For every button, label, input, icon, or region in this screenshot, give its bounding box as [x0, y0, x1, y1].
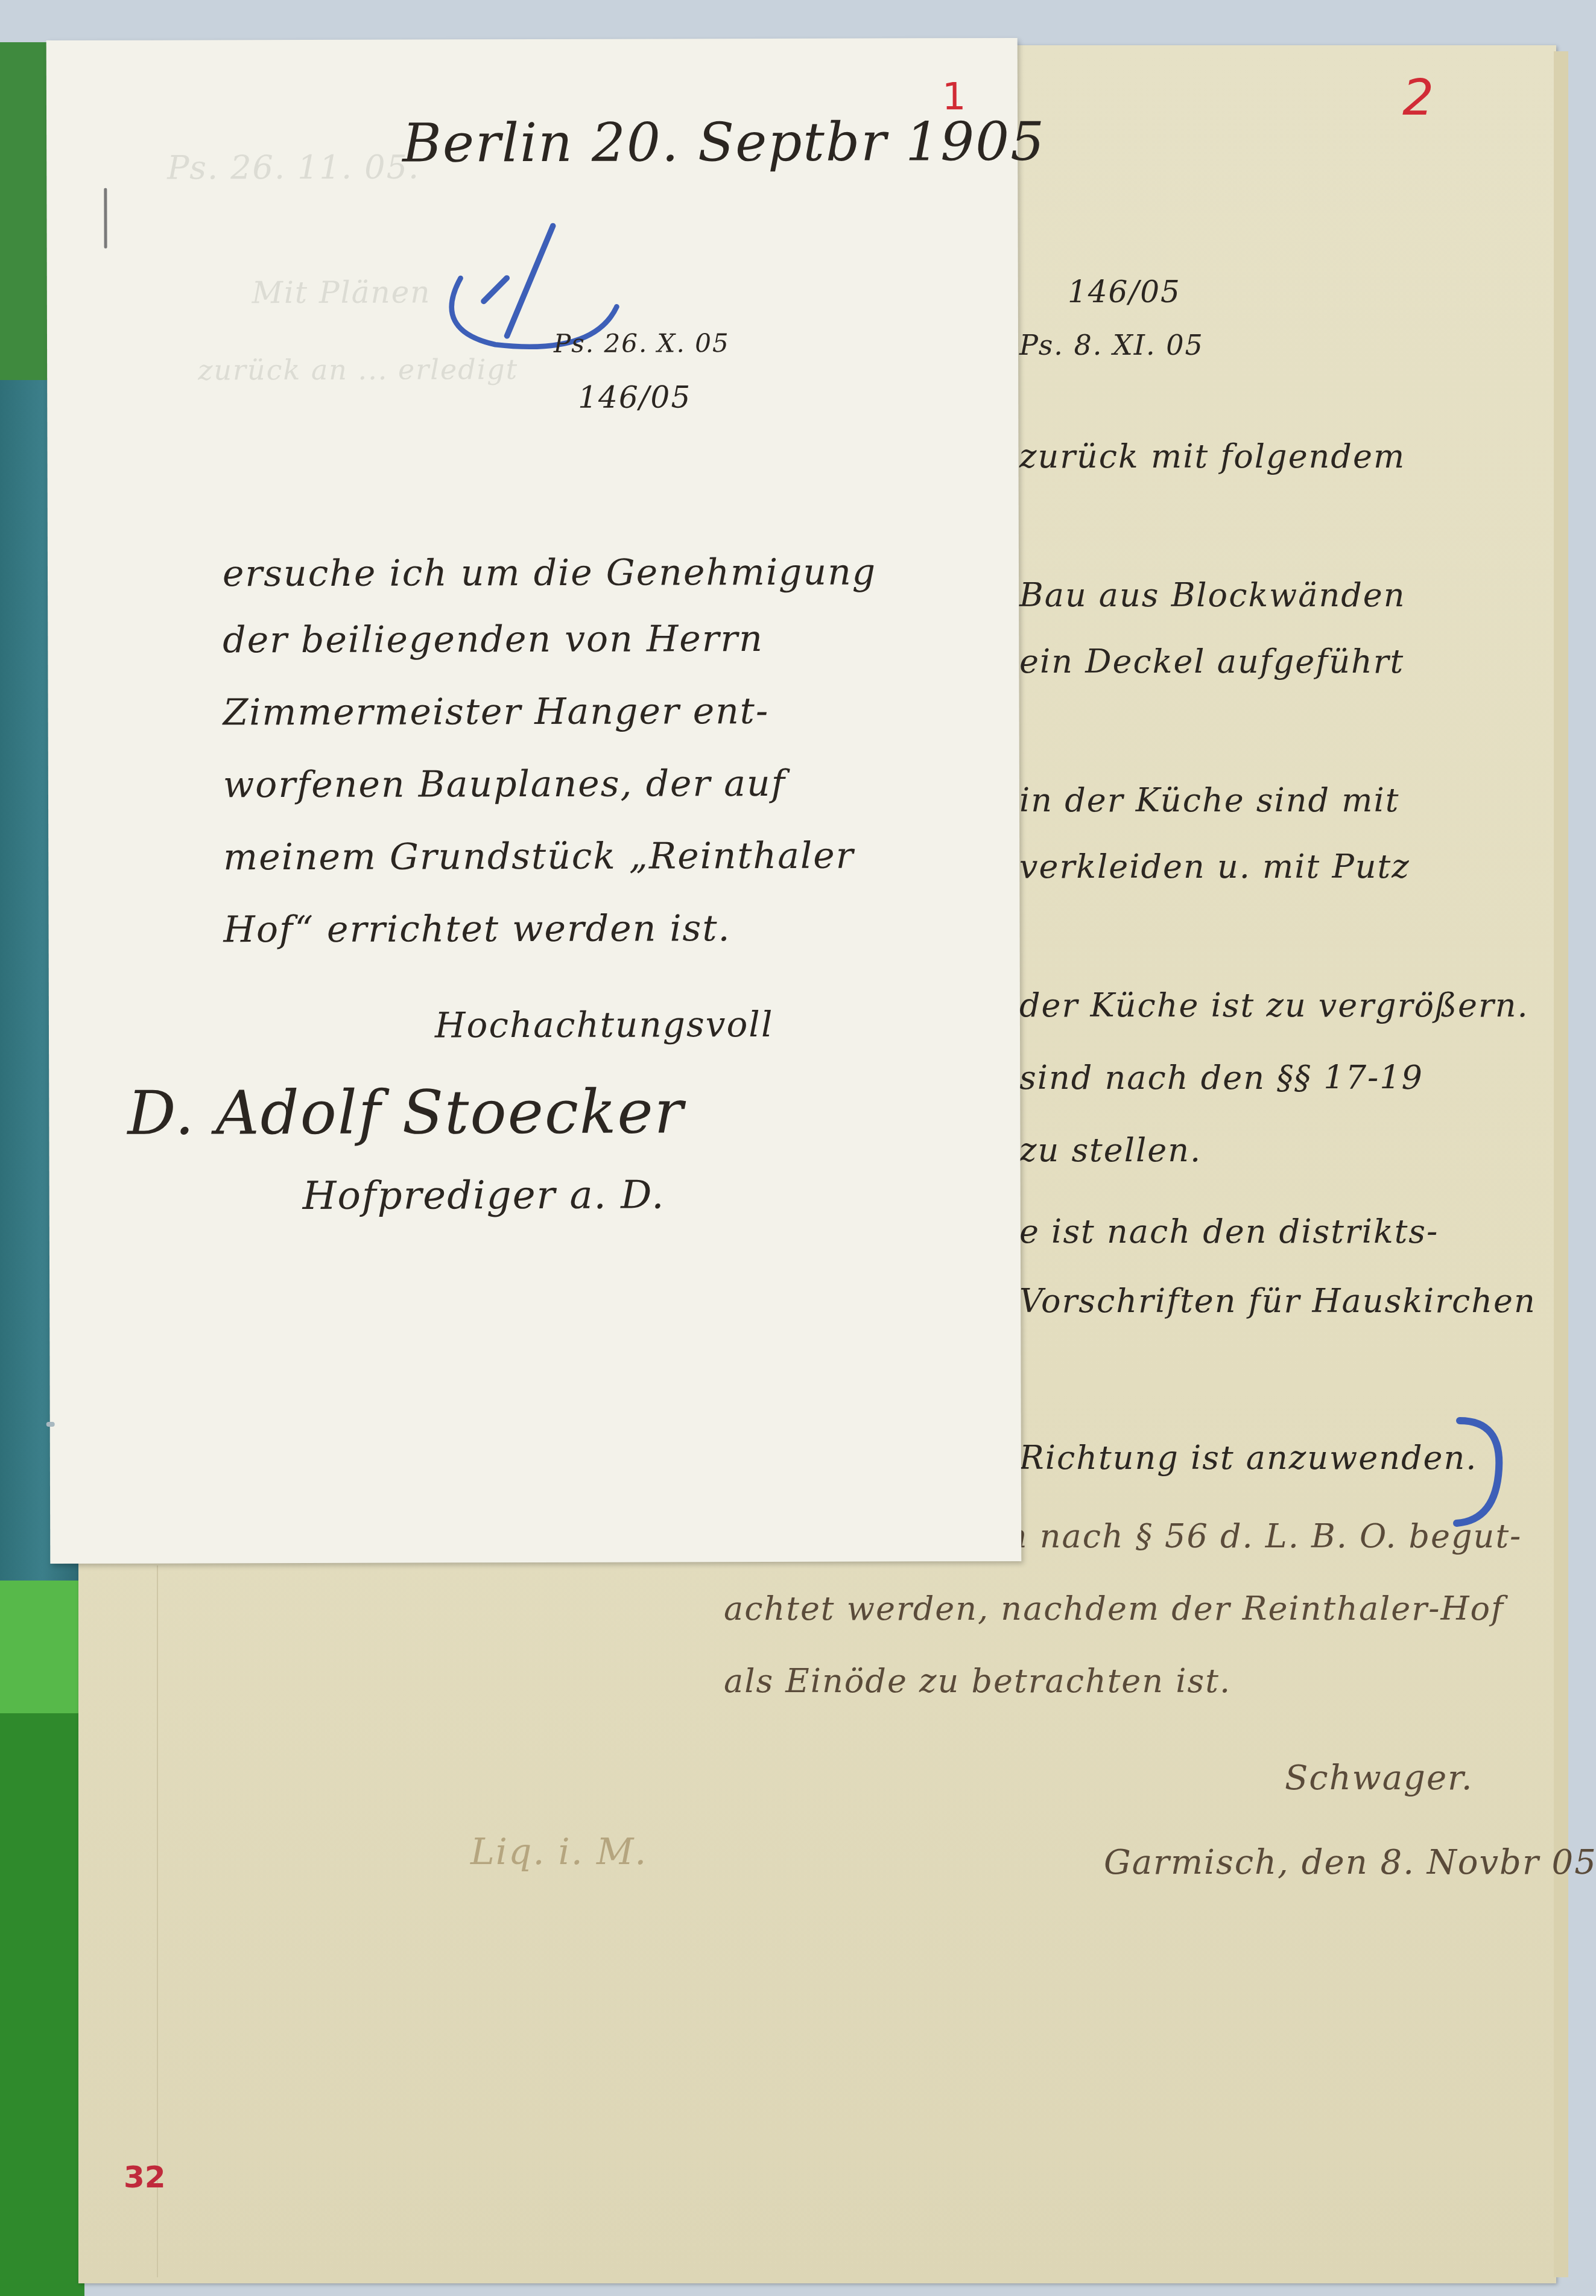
staple-hole [46, 1422, 55, 1427]
letter-receipt-stamp: Ps. 26. X. 05 [554, 328, 730, 358]
binding-cloth-green-bottom [0, 1581, 84, 2296]
letter-place-date: Berlin 20. Septbr 1905 [402, 110, 1045, 174]
decision-line: achtet werden, nachdem der Reinthaler-Ho… [724, 1590, 1504, 1628]
letter-line: worfenen Bauplanes, der auf [223, 763, 786, 806]
file-line: in der Küche sind mit [1019, 781, 1399, 819]
letter-file-number: 146/05 [578, 379, 691, 414]
file-line: Bau aus Blockwänden [1019, 576, 1406, 614]
binding-highlight [0, 1581, 84, 1713]
letter-closing: Hochachtungsvoll [435, 1004, 774, 1045]
file-line: zu stellen. [1019, 1131, 1202, 1169]
bleed-through-text: Mit Plänen [252, 274, 431, 310]
letter-signature-title: Hofprediger a. D. [303, 1173, 665, 1219]
letter-line: ersuche ich um die Genehmigung [223, 551, 876, 595]
receipt-stamp: Ps. 8. XI. 05 [1019, 329, 1204, 361]
file-number: 146/05 [1068, 274, 1181, 309]
file-line: ein Deckel aufgeführt [1019, 642, 1404, 680]
letter-line: meinem Grundstück „Reinthaler [223, 835, 854, 879]
file-line: Richtung ist anzuwenden. [1019, 1439, 1477, 1477]
file-line: Vorschriften für Hauskirchen [1019, 1282, 1536, 1320]
letter-signature: D. Adolf Stoecker [127, 1076, 684, 1148]
decision-line: als Einöde zu betrachten ist. [724, 1662, 1231, 1700]
letter-line: Zimmermeister Hanger ent- [223, 690, 770, 734]
official-signature: Schwager. [1285, 1758, 1474, 1798]
bleed-through-text: Ps. 26. 11. 05. [167, 148, 420, 186]
margin-note: Liq. i. M. [470, 1831, 647, 1873]
letter-line: Hof“ errichtet werden ist. [223, 907, 730, 951]
staple [104, 188, 107, 249]
folio-stamp: 32 [124, 2160, 166, 2195]
letter-sheet: Ps. 26. 11. 05. Mit Plänen zurück an ...… [46, 38, 1022, 1564]
file-line: der Küche ist zu vergrößern. [1019, 986, 1529, 1024]
file-line: verkleiden u. mit Putz [1019, 848, 1410, 886]
file-line: zurück mit folgendem [1019, 437, 1405, 475]
blue-bracket-mark [1448, 1415, 1514, 1535]
place-date: Garmisch, den 8. Novbr 05. [1104, 1843, 1596, 1882]
letter-line: der beiliegenden von Herrn [223, 618, 764, 661]
file-line: e ist nach den distrikts- [1019, 1213, 1439, 1251]
file-line: sind nach den §§ 17-19 [1019, 1059, 1423, 1097]
page-number-2: 2 [1402, 69, 1434, 127]
letter-body: ersuche ich um die Genehmigung der beili… [46, 38, 1018, 40]
sheet-stack-edge [1554, 51, 1568, 2277]
